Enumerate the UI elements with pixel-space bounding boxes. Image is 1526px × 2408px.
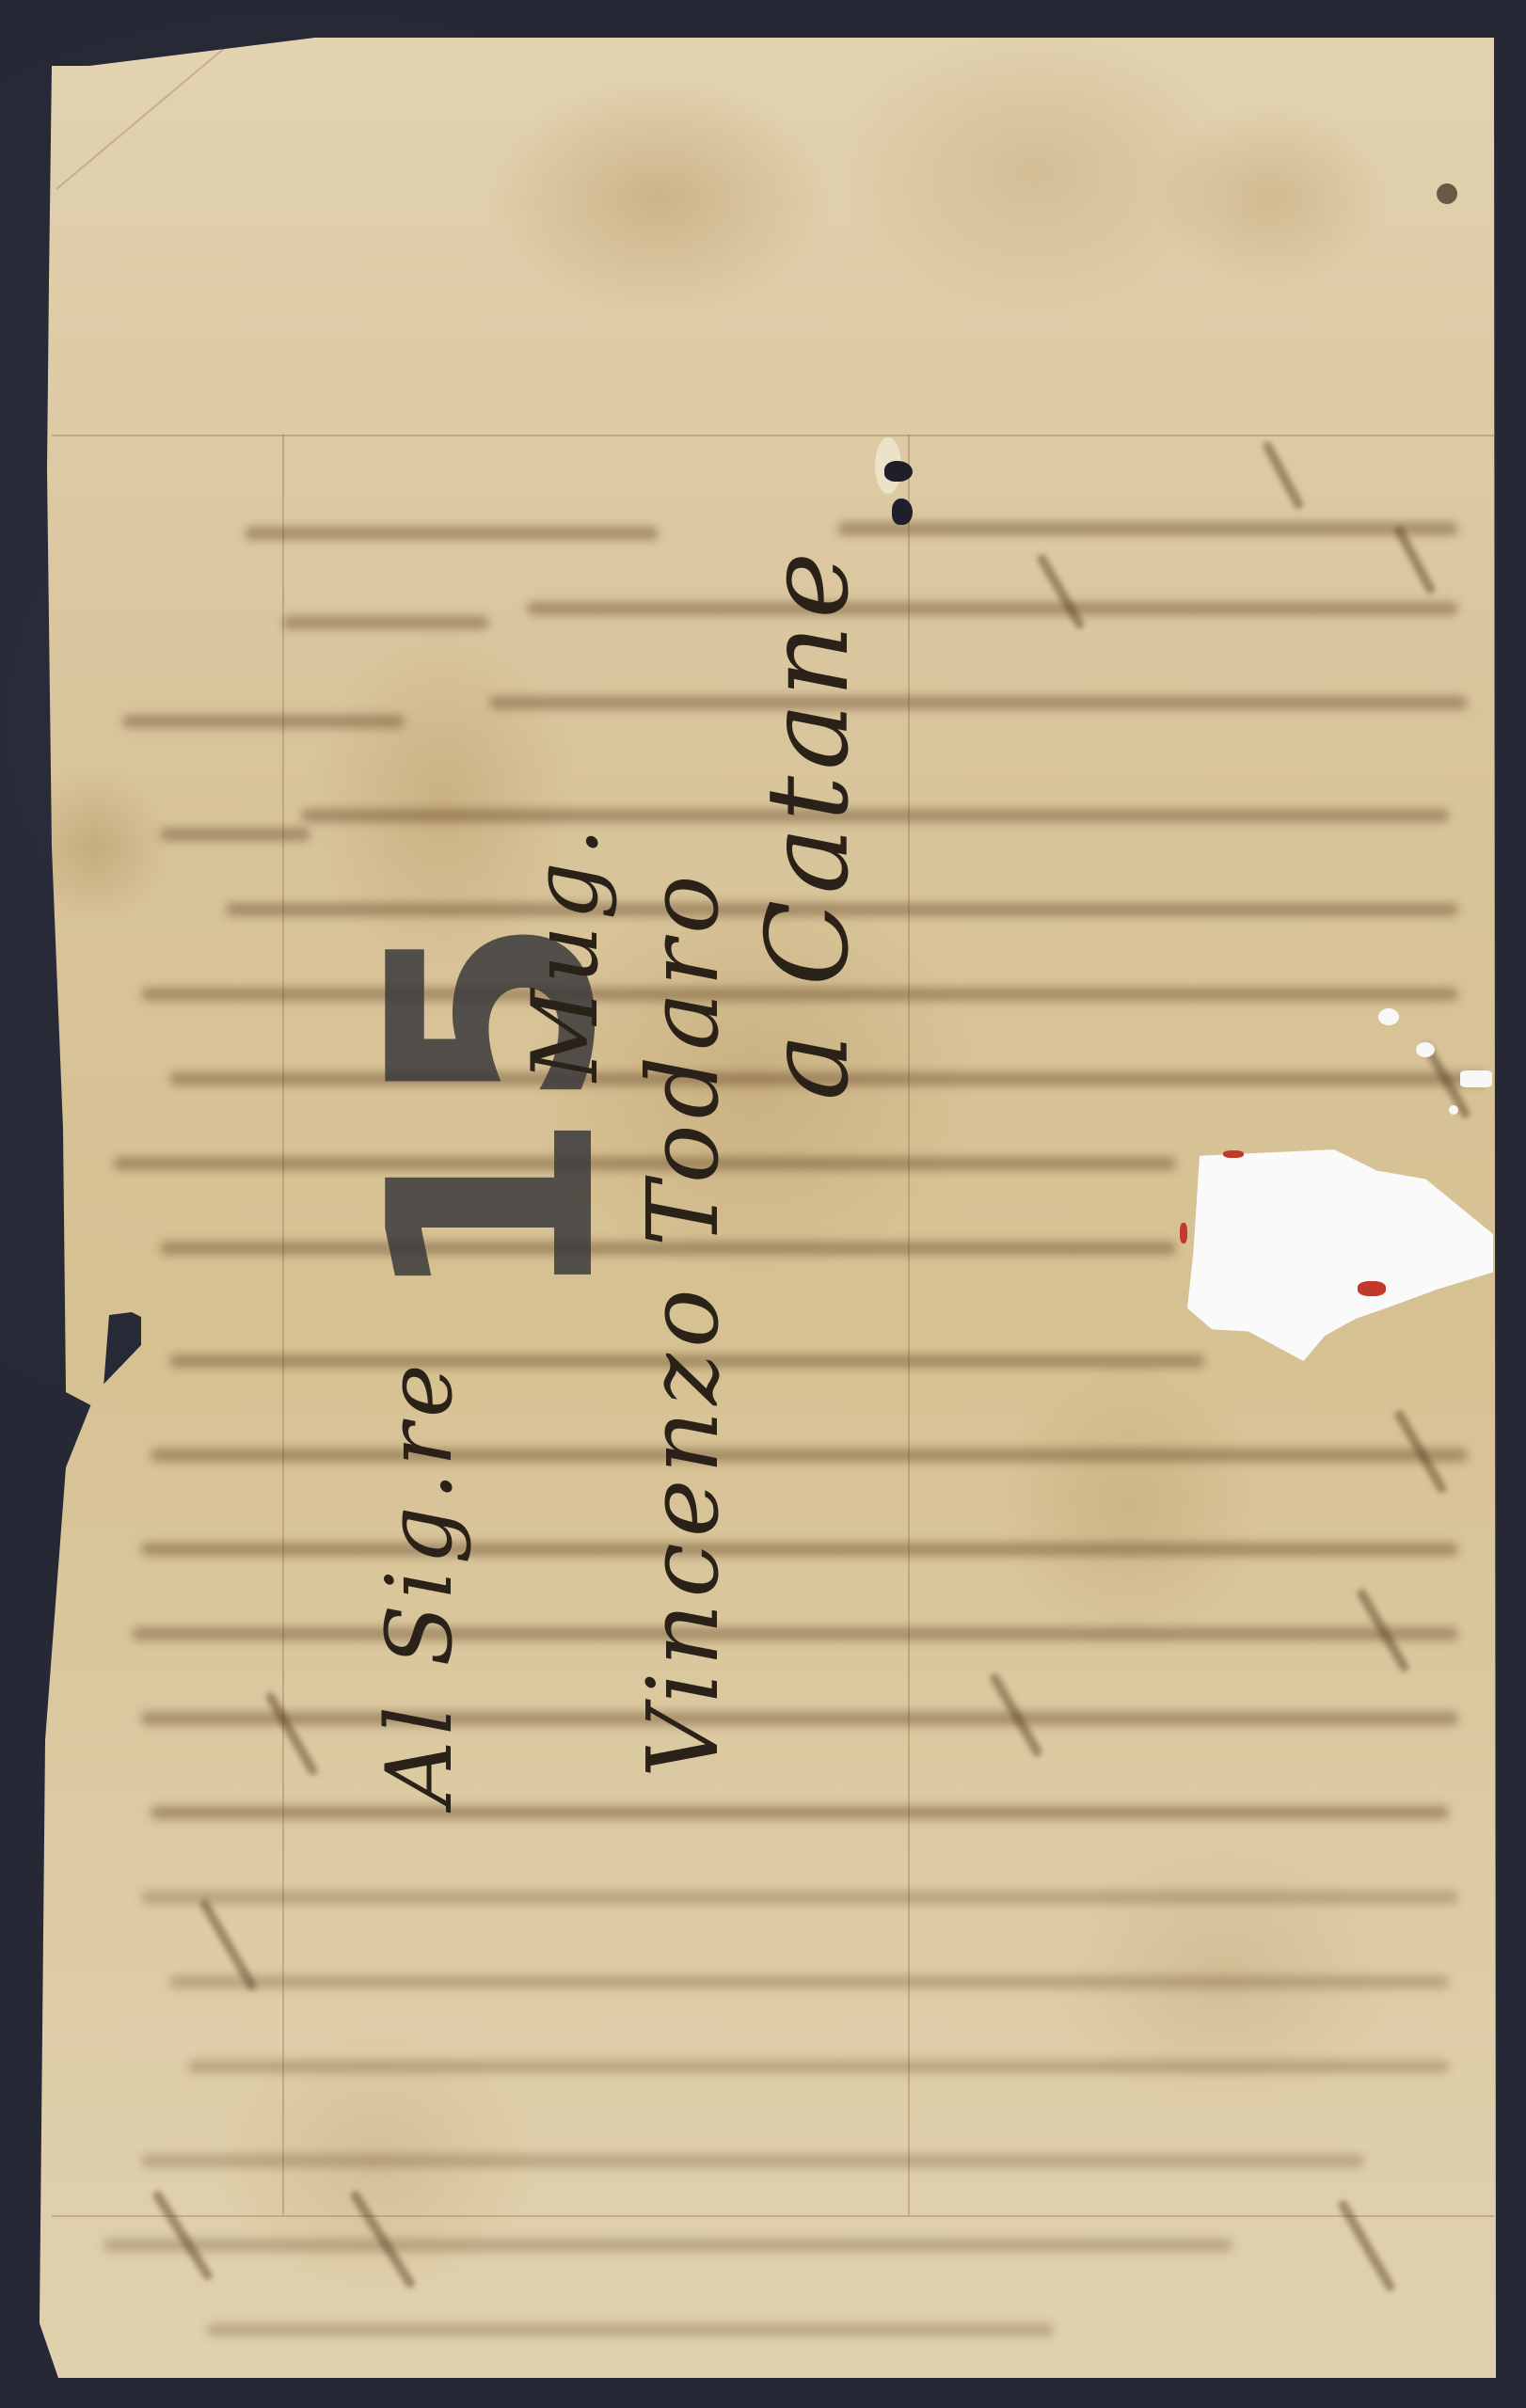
torn-hole bbox=[1187, 1149, 1493, 1361]
fold-crease-top bbox=[52, 435, 1494, 436]
hole-top-center-2 bbox=[892, 499, 913, 525]
fold-crease-bottom bbox=[52, 2215, 1494, 2217]
sealing-wax-remnant bbox=[1180, 1223, 1187, 1244]
address-line-1: Al Sig.re bbox=[367, 1358, 472, 1806]
paper-loss bbox=[1378, 1008, 1399, 1025]
address-line-4: a Catane bbox=[743, 547, 874, 1101]
address-line-2: Mug. bbox=[513, 822, 618, 1082]
paper-loss bbox=[1460, 1070, 1492, 1087]
letter-sheet: 15 Al Sig.re Mug. Vincenzo Todaro a Cata… bbox=[0, 0, 1526, 2408]
sealing-wax-remnant bbox=[1223, 1150, 1244, 1158]
hole-top-center-1 bbox=[884, 461, 913, 482]
sealing-wax-remnant bbox=[1358, 1281, 1386, 1296]
paper-loss bbox=[1416, 1042, 1435, 1057]
fold-crease-left bbox=[282, 435, 284, 2215]
ink-blot bbox=[1437, 183, 1457, 204]
paper-loss bbox=[1449, 1105, 1458, 1115]
address-line-3: Vincenzo Todaro bbox=[626, 869, 740, 1778]
